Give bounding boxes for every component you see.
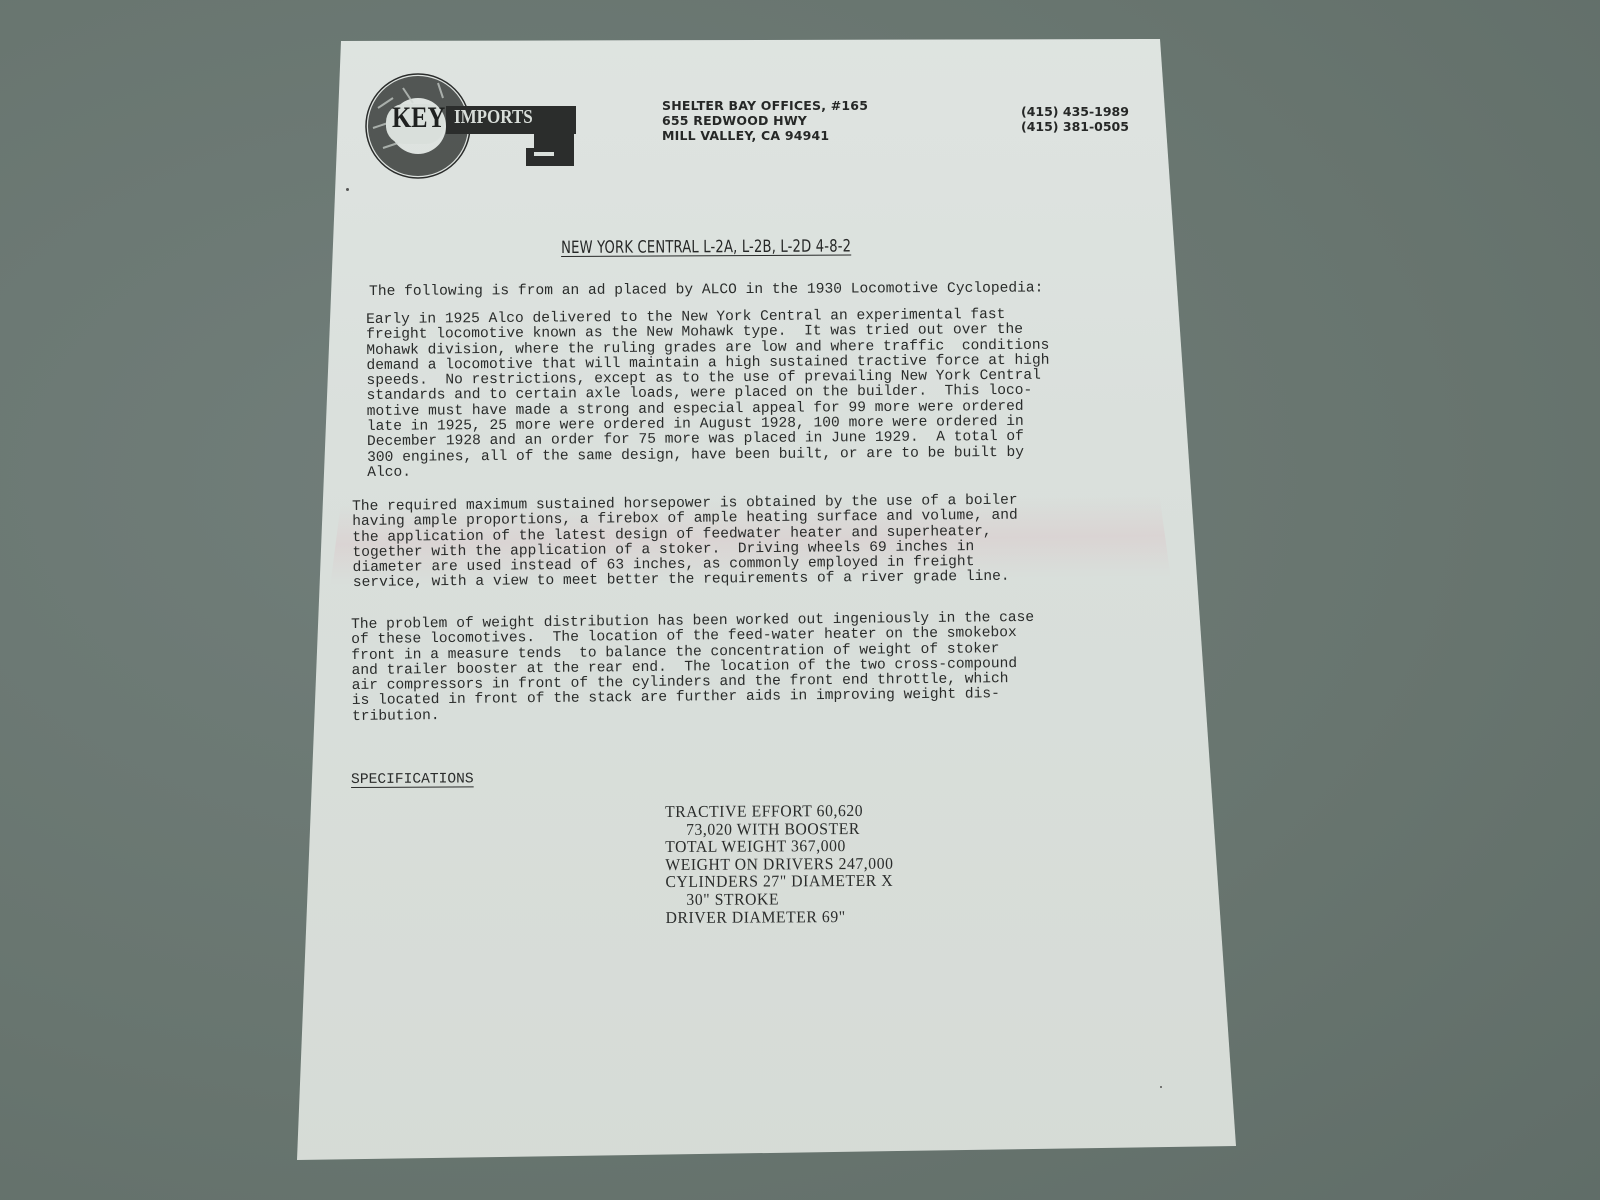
specification-item: TOTAL WEIGHT 367,000	[665, 837, 893, 856]
specification-item: DRIVER DIAMETER 69"	[666, 907, 894, 926]
address-line: 655 REDWOOD HWY	[662, 113, 868, 128]
paper-speck	[346, 188, 349, 191]
specification-item: CYLINDERS 27" DIAMETER X	[665, 872, 893, 891]
phone-number: (415) 435-1989	[1021, 104, 1129, 119]
specification-item: 73,020 WITH BOOSTER	[665, 819, 893, 838]
document-content: KEY IMPORTS SHELTER BAY OFFICES, #165 65…	[0, 0, 1600, 1200]
specification-item: TRACTIVE EFFORT 60,620	[665, 802, 893, 821]
phone-number: (415) 381-0505	[1021, 119, 1129, 134]
logo-text-key: KEY	[392, 101, 445, 135]
paper-speck	[1160, 1086, 1162, 1088]
paragraph-history: Early in 1925 Alco delivered to the New …	[366, 308, 1050, 482]
paragraph-horsepower: The required maximum sustained horsepowe…	[352, 494, 1018, 592]
specification-item: 30" STROKE	[665, 890, 893, 909]
address-line: SHELTER BAY OFFICES, #165	[662, 98, 868, 113]
intro-sentence: The following is from an ad placed by AL…	[369, 280, 1043, 300]
key-imports-logo: KEY IMPORTS	[358, 68, 598, 184]
logo-text-imports: IMPORTS	[454, 106, 533, 129]
address-line: MILL VALLEY, CA 94941	[662, 128, 868, 143]
specifications-list: TRACTIVE EFFORT 60,62073,020 WITH BOOSTE…	[665, 802, 894, 926]
paragraph-weight-distribution: The problem of weight distribution has b…	[351, 611, 1035, 725]
company-address: SHELTER BAY OFFICES, #165 655 REDWOOD HW…	[662, 98, 868, 143]
specifications-heading: SPECIFICATIONS	[351, 771, 474, 788]
company-phones: (415) 435-1989 (415) 381-0505	[1021, 104, 1129, 134]
document-title: NEW YORK CENTRAL L-2A, L-2B, L-2D 4-8-2	[561, 236, 851, 258]
